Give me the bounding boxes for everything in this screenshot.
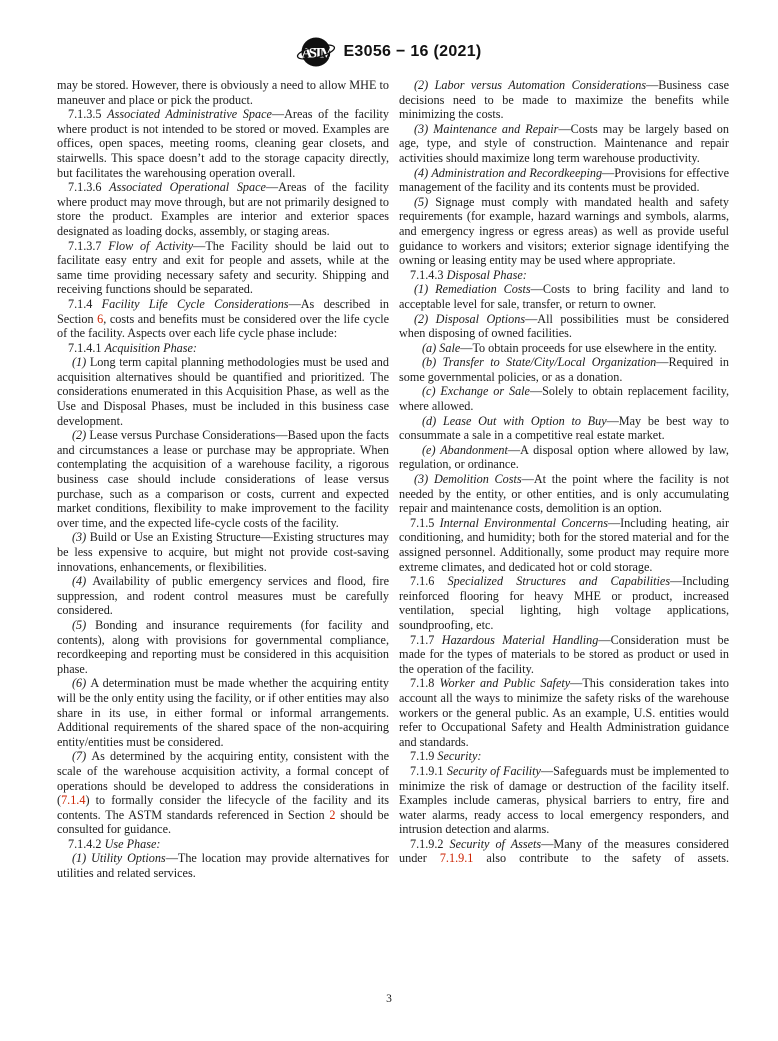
paragraph: (c) Exchange or Sale—Solely to obtain re…: [399, 384, 729, 413]
text-run: Worker and Public Safety: [440, 676, 571, 690]
paragraph: (b) Transfer to State/City/Local Organiz…: [399, 355, 729, 384]
text-run: (3): [72, 530, 90, 544]
paragraph: (2) Lease versus Purchase Considerations…: [57, 428, 389, 530]
paragraph: (1) Utility Options—The location may pro…: [57, 851, 389, 880]
paragraph: (1) Remediation Costs—Costs to bring fac…: [399, 282, 729, 311]
text-run: A determination must be made whether the…: [57, 676, 389, 748]
paragraph: (1) Long term capital planning methodolo…: [57, 355, 389, 428]
text-run: also contribute to the safety of assets.: [473, 851, 729, 865]
text-run: Signage must comply with mandated health…: [399, 195, 729, 267]
paragraph: (3) Demolition Costs—At the point where …: [399, 472, 729, 516]
paragraph: 7.1.4.2 Use Phase:: [57, 837, 389, 852]
text-run: 7.1.4.1: [68, 341, 105, 355]
text-run: Associated Operational Space: [109, 180, 266, 194]
text-run: 7.1.3.7: [68, 239, 108, 253]
paragraph: (2) Disposal Options—All possibilities m…: [399, 312, 729, 341]
text-run: (2) Labor versus Automation Consideratio…: [414, 78, 646, 92]
paragraph: (a) Sale—To obtain proceeds for use else…: [399, 341, 729, 356]
paragraph: 7.1.5 Internal Environmental Concerns—In…: [399, 516, 729, 574]
text-run: 7.1.6: [410, 574, 448, 588]
paragraph: (e) Abandonment—A disposal option where …: [399, 443, 729, 472]
paragraph: (4) Availability of public emergency ser…: [57, 574, 389, 618]
paragraph: 7.1.9.1 Security of Facility—Safeguards …: [399, 764, 729, 837]
paragraph: 7.1.3.7 Flow of Activity—The Facility sh…: [57, 239, 389, 297]
paragraph: (6) A determination must be made whether…: [57, 676, 389, 749]
text-run: , costs and benefits must be considered …: [57, 312, 389, 341]
text-run: Associated Administrative Space: [107, 107, 272, 121]
text-run: (1) Remediation Costs: [414, 282, 531, 296]
paragraph: may be stored. However, there is obvious…: [57, 78, 389, 107]
paragraph: (2) Labor versus Automation Consideratio…: [399, 78, 729, 122]
text-run: (5): [414, 195, 435, 209]
text-run: Lease versus Purchase Considerations—Bas…: [57, 428, 389, 530]
text-run: Security of Facility: [447, 764, 541, 778]
text-run: Build or Use an Existing Structure—Exist…: [57, 530, 389, 573]
text-run: Facility Life Cycle Considerations: [102, 297, 289, 311]
left-column: may be stored. However, there is obvious…: [57, 78, 389, 881]
text-run: Security:: [437, 749, 481, 763]
text-run: Flow of Activity: [108, 239, 193, 253]
paragraph: (4) Administration and Recordkeeping—Pro…: [399, 166, 729, 195]
text-run: Availability of public emergency service…: [57, 574, 389, 617]
paragraph: (3) Maintenance and Repair—Costs may be …: [399, 122, 729, 166]
paragraph: 7.1.3.5 Associated Administrative Space—…: [57, 107, 389, 180]
text-run: (a) Sale: [422, 341, 460, 355]
page-number: 3: [386, 993, 392, 1005]
text-run: (1): [72, 355, 90, 369]
paragraph: 7.1.9.2 Security of Assets—Many of the m…: [399, 837, 729, 866]
text-run: (4) Administration and Recordkeeping: [414, 166, 602, 180]
paragraph: 7.1.7 Hazardous Material Handling—Consid…: [399, 633, 729, 677]
paragraph: 7.1.8 Worker and Public Safety—This cons…: [399, 676, 729, 749]
text-run: (6): [72, 676, 90, 690]
text-run: Long term capital planning methodologies…: [57, 355, 389, 427]
text-run: (3) Maintenance and Repair: [414, 122, 558, 136]
right-column: (2) Labor versus Automation Consideratio…: [399, 78, 729, 881]
paragraph: (3) Build or Use an Existing Structure—E…: [57, 530, 389, 574]
text-run: Disposal Phase:: [447, 268, 527, 282]
text-run: 7.1.3.6: [68, 180, 109, 194]
document-header: ASTM E3056 − 16 (2021): [0, 0, 778, 72]
paragraph: (5) Signage must comply with mandated he…: [399, 195, 729, 268]
text-run: (e) Abandonment: [422, 443, 508, 457]
cross-reference-link[interactable]: 7.1.4: [61, 793, 85, 807]
text-run: (2): [72, 428, 89, 442]
page-footer: 3: [0, 993, 778, 1005]
paragraph: 7.1.6 Specialized Structures and Capabil…: [399, 574, 729, 632]
paragraph: 7.1.9 Security:: [399, 749, 729, 764]
text-run: 7.1.5: [410, 516, 440, 530]
text-run: (3) Demolition Costs: [414, 472, 522, 486]
text-run: (b) Transfer to State/City/Local Organiz…: [422, 355, 656, 369]
text-run: (d) Lease Out with Option to Buy: [422, 414, 607, 428]
standard-designation: E3056 − 16 (2021): [343, 43, 481, 61]
paragraph: (5) Bonding and insurance requirements (…: [57, 618, 389, 676]
text-run: (4): [72, 574, 92, 588]
text-run: (7): [72, 749, 91, 763]
text-run: (2) Disposal Options: [414, 312, 525, 326]
cross-reference-link[interactable]: 7.1.9.1: [440, 851, 474, 865]
text-run: Internal Environmental Concerns: [440, 516, 608, 530]
paragraph: (d) Lease Out with Option to Buy—May be …: [399, 414, 729, 443]
two-column-body: may be stored. However, there is obvious…: [0, 72, 778, 881]
text-run: 7.1.4.3: [410, 268, 447, 282]
paragraph: (7) As determined by the acquiring entit…: [57, 749, 389, 837]
text-run: 7.1.8: [410, 676, 440, 690]
text-run: Hazardous Material Handling: [442, 633, 599, 647]
text-run: 7.1.9: [410, 749, 437, 763]
text-run: (1) Utility Options: [72, 851, 166, 865]
astm-logo-icon: ASTM: [296, 32, 336, 72]
text-run: may be stored. However, there is obvious…: [57, 78, 389, 107]
text-run: 7.1.4.2: [68, 837, 105, 851]
paragraph: 7.1.4 Facility Life Cycle Considerations…: [57, 297, 389, 341]
text-run: 7.1.3.5: [68, 107, 107, 121]
text-run: Acquisition Phase:: [105, 341, 197, 355]
text-run: —To obtain proceeds for use elsewhere in…: [460, 341, 717, 355]
text-run: 7.1.7: [410, 633, 442, 647]
text-run: Use Phase:: [105, 837, 161, 851]
text-run: 7.1.4: [68, 297, 102, 311]
paragraph: 7.1.3.6 Associated Operational Space—Are…: [57, 180, 389, 238]
text-run: (c) Exchange or Sale: [422, 384, 530, 398]
text-run: 7.1.9.1: [410, 764, 447, 778]
text-run: Specialized Structures and Capabilities: [448, 574, 671, 588]
document-page: ASTM E3056 − 16 (2021) may be stored. Ho…: [0, 0, 778, 1041]
text-run: (5): [72, 618, 95, 632]
text-run: Security of Assets: [450, 837, 542, 851]
text-run: Bonding and insurance requirements (for …: [57, 618, 389, 676]
paragraph: 7.1.4.1 Acquisition Phase:: [57, 341, 389, 356]
paragraph: 7.1.4.3 Disposal Phase:: [399, 268, 729, 283]
text-run: 7.1.9.2: [410, 837, 450, 851]
